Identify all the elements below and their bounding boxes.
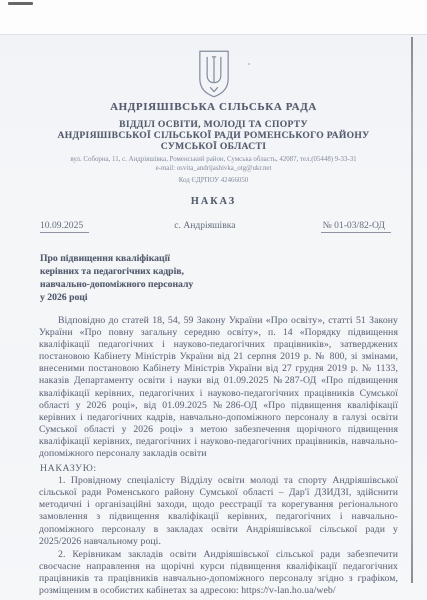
department-line: АНДРІЯШІВСЬКОЇ СІЛЬСЬКОЇ РАДИ РОМЕНСЬКОГ… xyxy=(0,131,427,142)
email-line: e-mail: osvita_andrijashivka_otg@ukr.net xyxy=(0,165,427,173)
scan-speck xyxy=(248,63,250,65)
document-type-title: НАКАЗ xyxy=(0,196,427,207)
order-place: с. Андріяшівка xyxy=(174,220,235,231)
order-meta-row: 10.09.2025 с. Андріяшівка № 01-03/82-ОД xyxy=(40,220,391,233)
order-directive: НАКАЗУЮ: xyxy=(40,463,427,474)
order-preamble: Відповідно до статей 18, 54, 59 Закону У… xyxy=(39,315,398,460)
department-line: СУМСЬКОЇ ОБЛАСТІ xyxy=(0,142,427,153)
edrpou-code: Код ЄДРПОУ 42466050 xyxy=(0,177,427,185)
scan-speck xyxy=(265,587,267,589)
paper-edge-line xyxy=(411,37,413,583)
order-item-2: 2. Керівникам закладів освіти Андріяшівс… xyxy=(39,549,398,597)
order-subject-line: навчально-допоміжного персоналу xyxy=(40,278,427,291)
ukraine-trident-icon xyxy=(196,50,232,98)
order-subject-line: керівних та педагогічних кадрів, xyxy=(40,265,427,278)
order-subject-line: у 2026 році xyxy=(40,291,427,304)
document-page: АНДРІЯШІВСЬКА СІЛЬСЬКА РАДА ВІДДІЛ ОСВІТ… xyxy=(0,34,427,600)
address-line: вул. Соборна, 11, с. Андріяшівка, Роменс… xyxy=(0,156,427,164)
contact-block: вул. Соборна, 11, с. Андріяшівка, Роменс… xyxy=(0,156,427,185)
organization-name: АНДРІЯШІВСЬКА СІЛЬСЬКА РАДА xyxy=(0,101,427,113)
department-header: ВІДДІЛ ОСВІТИ, МОЛОДІ ТА СПОРТУ АНДРІЯШІ… xyxy=(0,120,427,152)
scanned-document: АНДРІЯШІВСЬКА СІЛЬСЬКА РАДА ВІДДІЛ ОСВІТ… xyxy=(0,0,427,600)
order-subject: Про підвищення кваліфікації керівних та … xyxy=(40,252,427,304)
scan-mark-top-left xyxy=(8,2,33,5)
order-number: № 01-03/82-ОД xyxy=(321,220,391,233)
order-item-1: 1. Провідному спеціалісту Відділу освіти… xyxy=(39,475,398,548)
order-date: 10.09.2025 xyxy=(40,220,89,233)
order-subject-line: Про підвищення кваліфікації xyxy=(40,252,427,265)
